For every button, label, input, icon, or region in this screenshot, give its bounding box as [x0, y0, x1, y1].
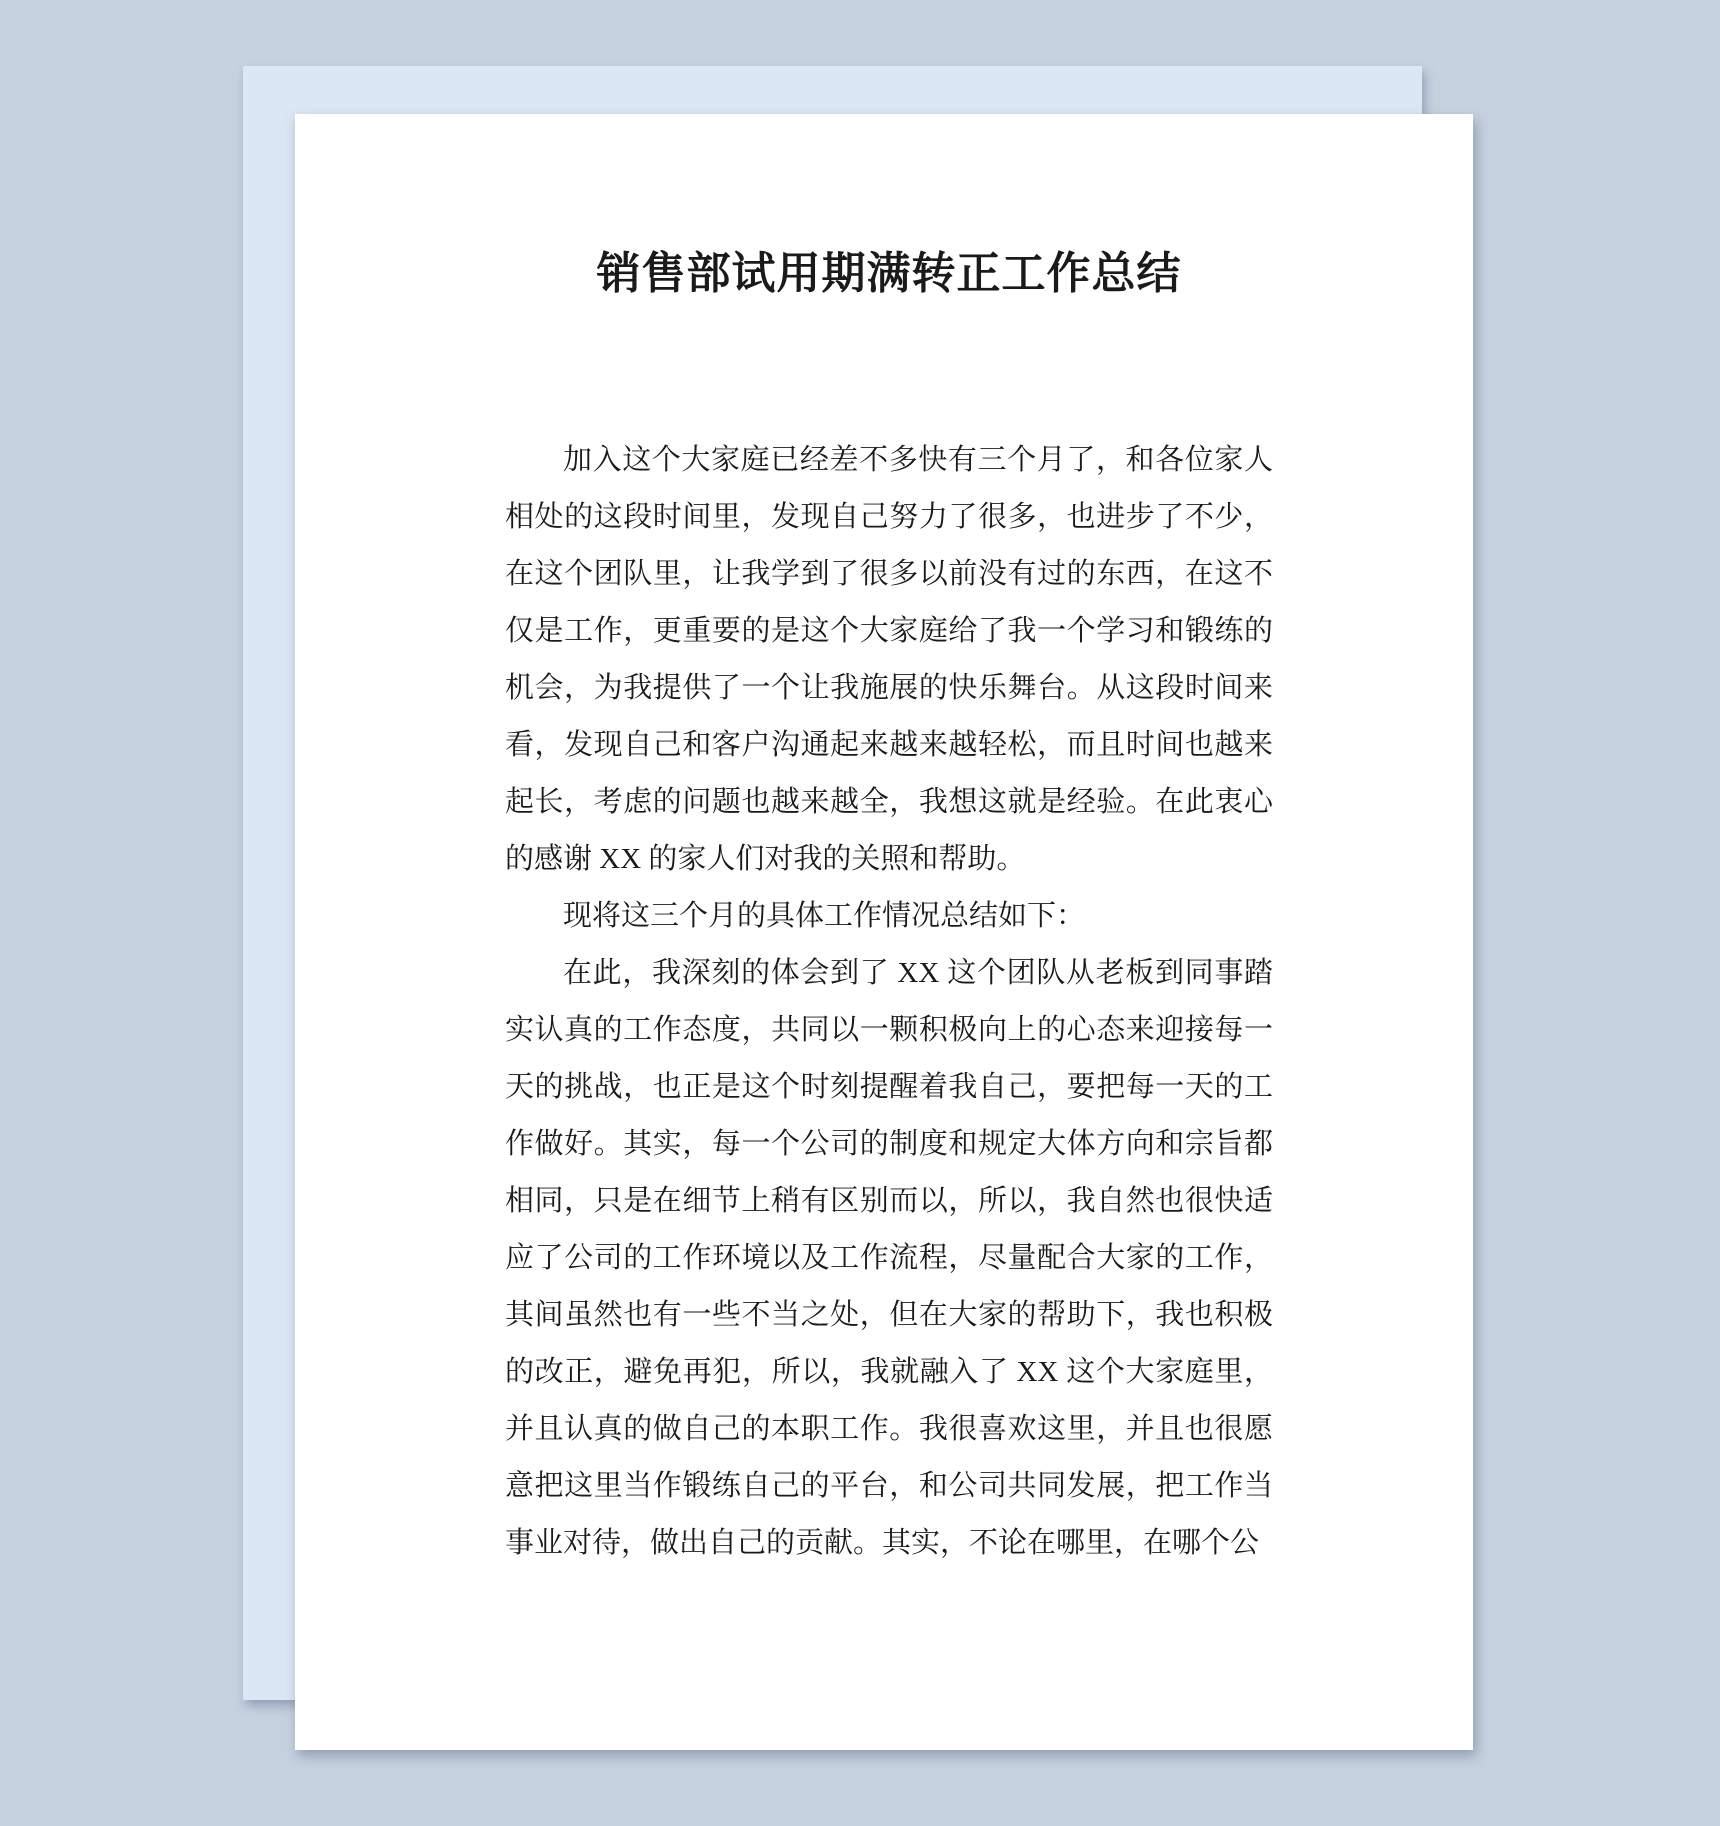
paragraph: 在此，我深刻的体会到了 XX 这个团队从老板到同事踏实认真的工作态度，共同以一颗… — [505, 945, 1273, 1572]
document-title: 销售部试用期满转正工作总结 — [505, 248, 1273, 300]
document-page: 销售部试用期满转正工作总结 加入这个大家庭已经差不多快有三个月了，和各位家人相处… — [295, 114, 1473, 1750]
paragraph: 现将这三个月的具体工作情况总结如下： — [505, 888, 1273, 945]
canvas-background: 销售部试用期满转正工作总结 加入这个大家庭已经差不多快有三个月了，和各位家人相处… — [0, 0, 1720, 1826]
paragraph: 加入这个大家庭已经差不多快有三个月了，和各位家人相处的这段时间里，发现自己努力了… — [505, 432, 1273, 888]
document-body: 加入这个大家庭已经差不多快有三个月了，和各位家人相处的这段时间里，发现自己努力了… — [505, 432, 1273, 1572]
